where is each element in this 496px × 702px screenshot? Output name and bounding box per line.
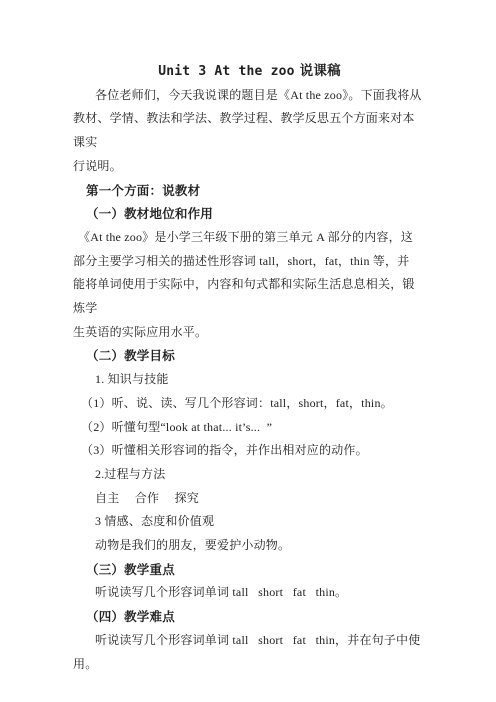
goal-knowledge-skills: 1. 知识与技能	[73, 368, 426, 392]
material-paragraph-line-1: 《At the zoo》是小学三年级下册的第三单元 A 部分的内容，这	[73, 226, 426, 250]
goal-item-3: （3）听懂相关形容词的指令，并作出相对应的动作。	[73, 439, 426, 463]
goal-process-method: 2.过程与方法	[73, 463, 426, 487]
heading-aspect-1: 第一个方面：说教材	[73, 179, 426, 203]
document-title-english: Unit 3 At the zoo	[158, 64, 294, 79]
material-paragraph-line-2: 部分主要学习相关的描述性形容词 tall，short，fat，thin 等，并	[73, 250, 426, 274]
heading-teaching-goals: （二）教学目标	[73, 344, 426, 368]
goal-item-2: （2）听懂句型“look at that... it’s... ”	[73, 416, 426, 440]
material-paragraph-line-3: 能将单词使用于实际中，内容和句式都和实际生活息息相关，锻炼学	[73, 273, 426, 320]
material-paragraph-line-4: 生英语的实际应用水平。	[73, 321, 426, 345]
document-title-chinese: 说课稿	[300, 63, 341, 79]
goal-emotion-values: 3 情感、态度和价值观	[73, 510, 426, 534]
intro-line-1: 各位老师们，今天我说课的题目是《At the zoo》。下面我将从	[73, 84, 426, 108]
emotion-values-text: 动物是我们的朋友，要爱护小动物。	[73, 534, 426, 558]
teaching-difficulty-line-2: 用。	[73, 653, 426, 677]
heading-teaching-focus: （三）教学重点	[73, 558, 426, 582]
document-title: Unit 3 At the zoo说课稿	[73, 60, 426, 84]
teaching-focus-text: 听说读写几个形容词单词 tall short fat thin。	[73, 581, 426, 605]
goal-item-1: （1）听、说、读、写几个形容词：tall，short，fat，thin。	[73, 392, 426, 416]
document-content: Unit 3 At the zoo说课稿 各位老师们，今天我说课的题目是《At …	[0, 0, 496, 676]
method-keywords: 自主 合作 探究	[73, 487, 426, 511]
heading-teaching-difficulty: （四）教学难点	[73, 605, 426, 629]
teaching-difficulty-line-1: 听说读写几个形容词单词 tall short fat thin，并在句子中使	[73, 629, 426, 653]
heading-material-status: （一）教材地位和作用	[73, 202, 426, 226]
intro-line-3: 行说明。	[73, 155, 426, 179]
document-page: Unit 3 At the zoo说课稿 各位老师们，今天我说课的题目是《At …	[0, 0, 496, 702]
intro-line-2: 教材、学情、教法和学法、教学过程、教学反思五个方面来对本课实	[73, 107, 426, 154]
